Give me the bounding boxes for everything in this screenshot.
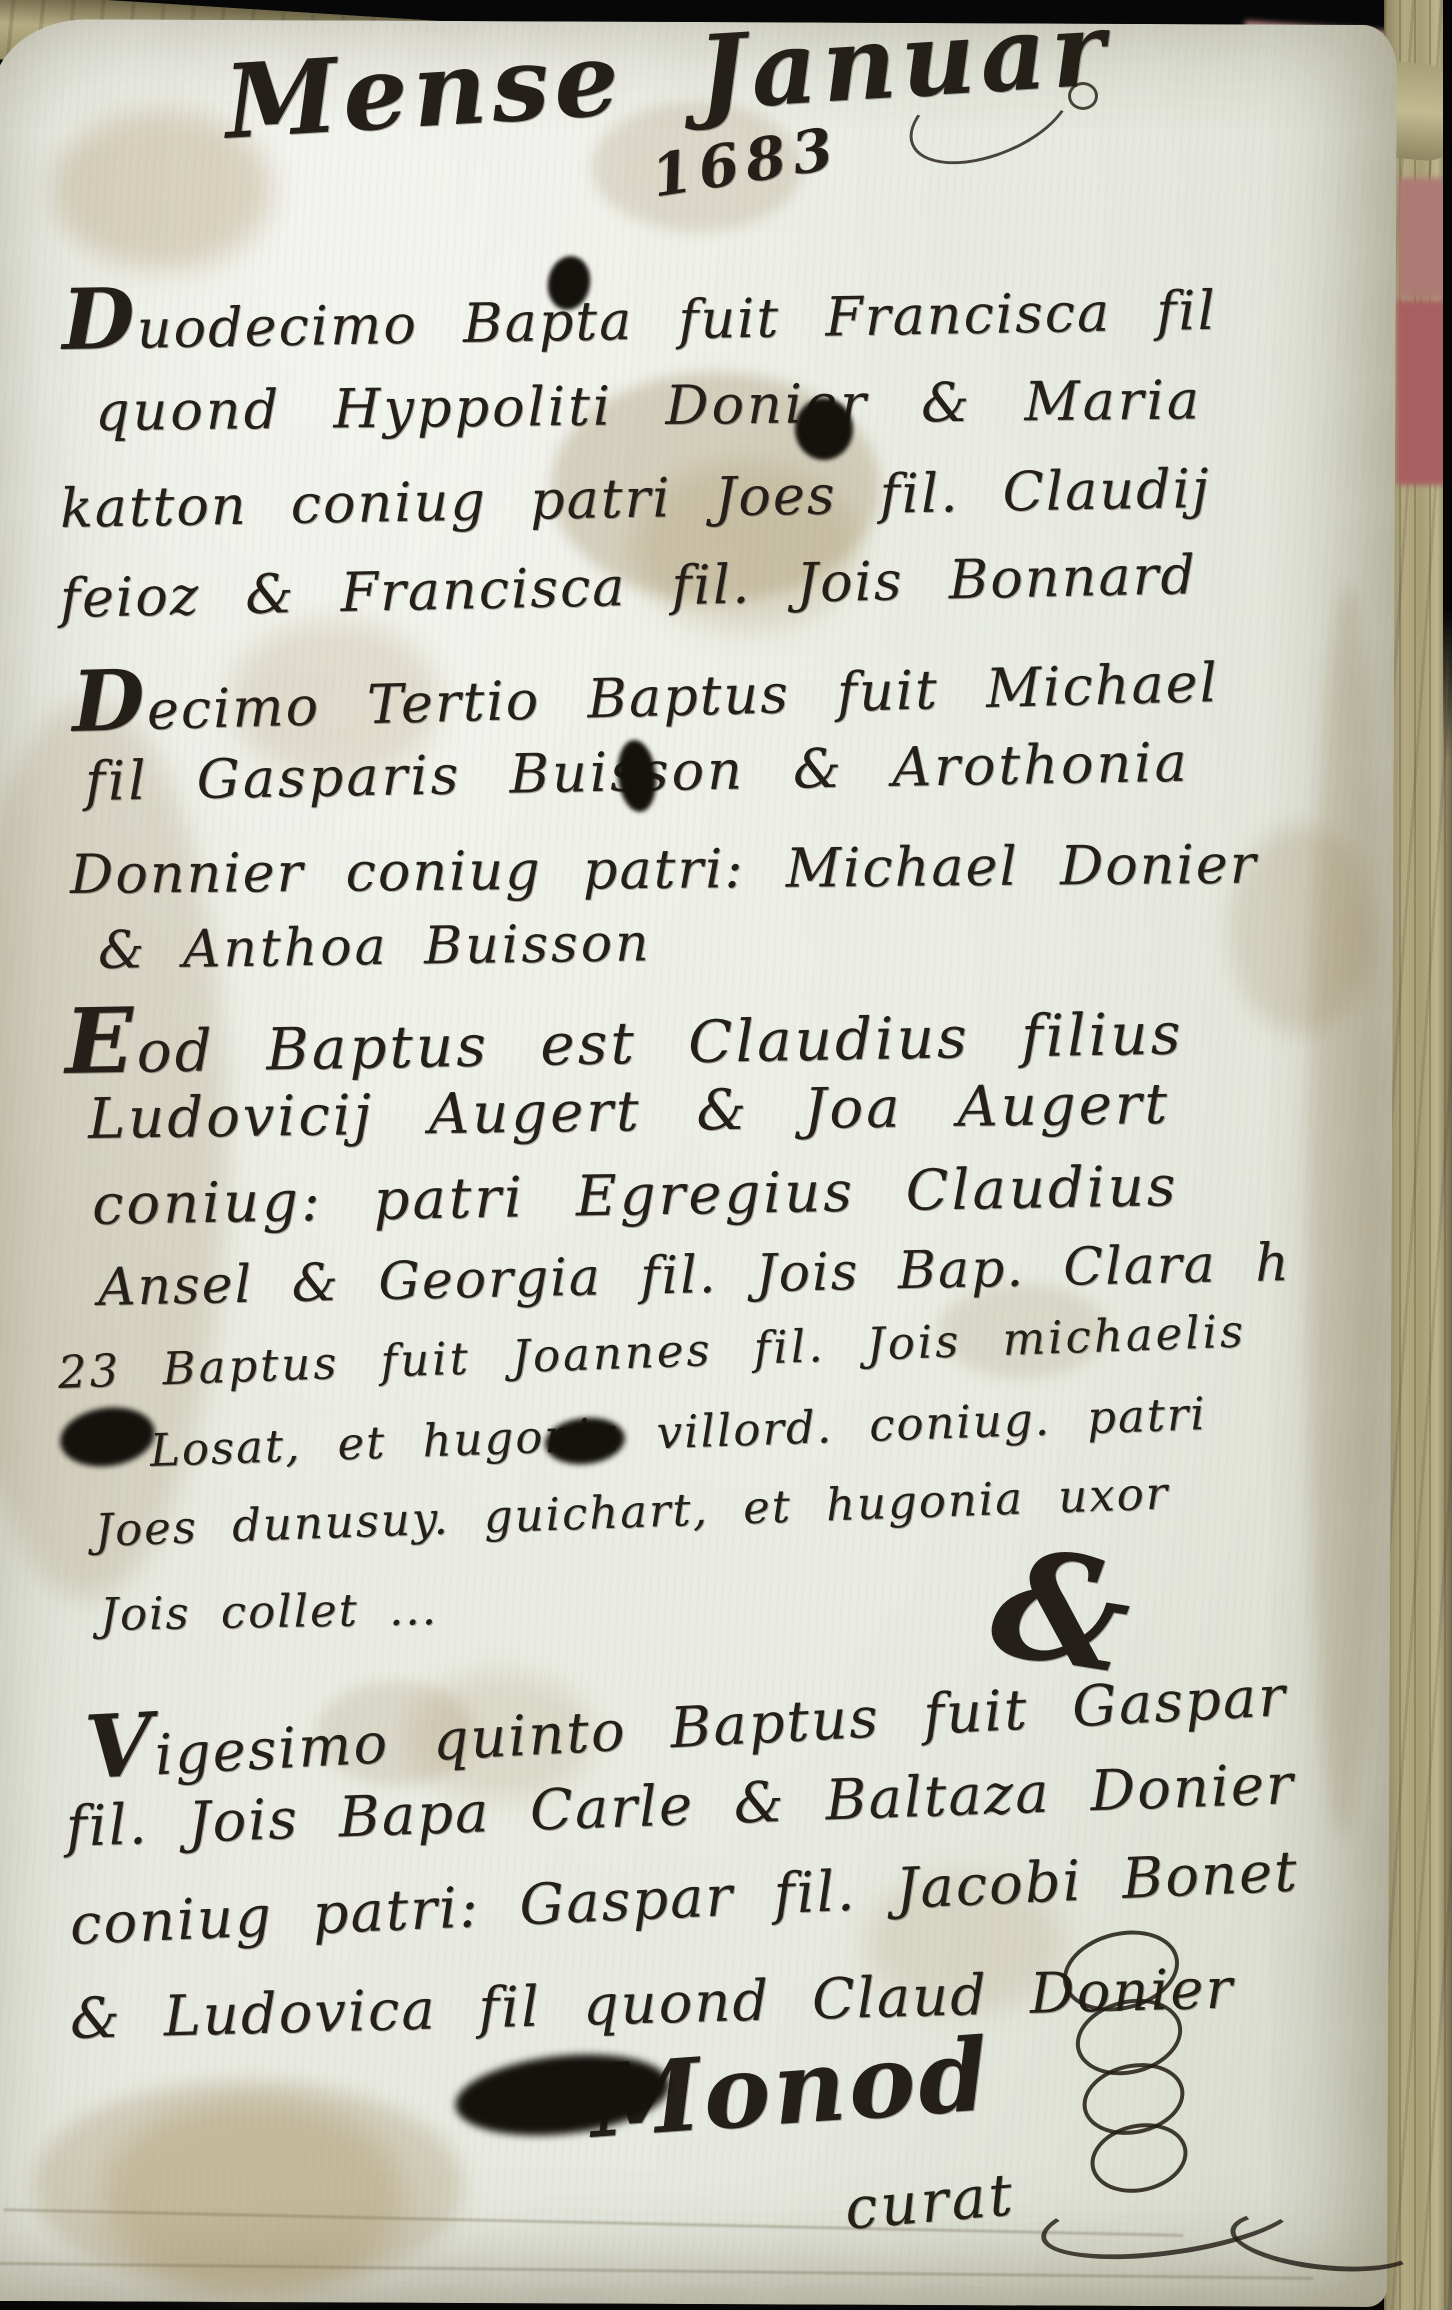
bleedthrough-mark — [1305, 585, 1385, 1835]
manuscript-line: Donnier coniug patri: Michael Donier — [70, 838, 1258, 902]
title-flourish-end — [1068, 82, 1098, 110]
manuscript-line: & Anthoa Buisson — [98, 917, 652, 977]
manuscript-line: Ludovicij Augert & Joa Augert — [88, 1077, 1171, 1148]
ink-blot — [795, 398, 853, 460]
signature-role: curat — [842, 2165, 1017, 2238]
manuscript-line: Jois collet ... — [100, 1586, 439, 1637]
backdrop-shadow — [1443, 0, 1452, 760]
manuscript-line: quond Hyppoliti Donier & Maria — [95, 373, 1203, 439]
paper-stain — [103, 2099, 404, 2290]
manuscript-scan: Mense Januar 1683 Duodecimo Bapta fuit F… — [0, 0, 1452, 2310]
